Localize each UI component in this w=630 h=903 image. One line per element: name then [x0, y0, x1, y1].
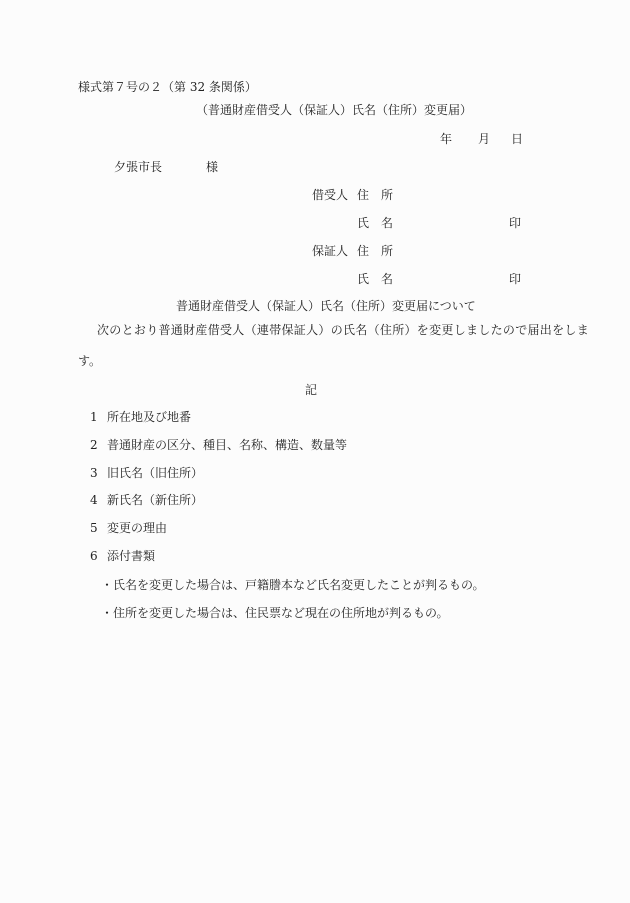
- guarantor-seal: 印: [509, 272, 521, 286]
- item-number: 3: [90, 466, 98, 480]
- borrower-name-label-2: 名: [381, 216, 393, 230]
- borrower-address-label-1: 住: [357, 188, 369, 202]
- borrower-seal: 印: [509, 216, 521, 230]
- borrower-label: 借受人: [312, 188, 348, 202]
- guarantor-address-label-2: 所: [381, 244, 393, 258]
- date-day: 日: [511, 132, 523, 146]
- item-text: 添付書類: [107, 549, 155, 563]
- item-text: 変更の理由: [107, 521, 167, 535]
- attachment-item: ・氏名を変更した場合は、戸籍謄本など氏名変更したことが判るもの。: [101, 578, 485, 592]
- item-text: 新氏名（新住所）: [107, 493, 203, 507]
- body-text-line-1: 次のとおり普通財産借受人（連帯保証人）の氏名（住所）を変更しましたので届出をしま: [97, 323, 589, 337]
- guarantor-address-label-1: 住: [357, 244, 369, 258]
- guarantor-name-label-1: 氏: [357, 272, 369, 286]
- addressee-name: 夕張市長: [114, 160, 162, 174]
- item-number: 5: [90, 521, 98, 535]
- subject-line: 普通財産借受人（保証人）氏名（住所）変更届について: [176, 299, 476, 313]
- addressee-honorific: 様: [206, 160, 218, 174]
- attachment-item: ・住所を変更した場合は、住民票など現在の住所地が判るもの。: [101, 606, 449, 620]
- borrower-address-label-2: 所: [381, 188, 393, 202]
- body-text-line-2: す。: [78, 354, 101, 368]
- item-number: 4: [90, 493, 98, 507]
- item-number: 1: [90, 410, 98, 424]
- borrower-name-label-1: 氏: [357, 216, 369, 230]
- item-number: 2: [90, 438, 98, 452]
- form-number: 様式第７号の２（第 32 条関係）: [78, 80, 257, 94]
- date-month: 月: [478, 132, 490, 146]
- item-text: 旧氏名（旧住所）: [107, 466, 203, 480]
- notes-heading: 記: [305, 383, 317, 397]
- document-title: （普通財産借受人（保証人）氏名（住所）変更届）: [196, 103, 472, 117]
- date-year: 年: [440, 132, 452, 146]
- item-text: 所在地及び地番: [107, 410, 191, 424]
- item-number: 6: [90, 549, 98, 563]
- guarantor-label: 保証人: [312, 244, 348, 258]
- guarantor-name-label-2: 名: [381, 272, 393, 286]
- item-text: 普通財産の区分、種目、名称、構造、数量等: [107, 438, 347, 452]
